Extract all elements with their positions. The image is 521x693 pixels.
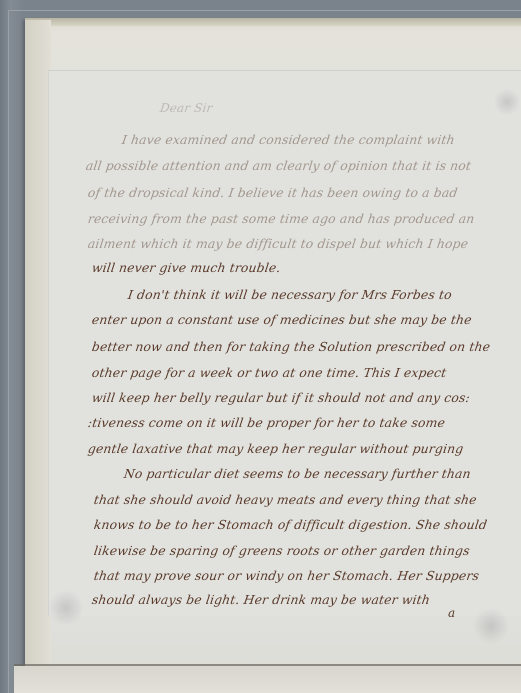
letter-salutation: Dear Sir <box>159 101 213 115</box>
letter-line: knows to be to her Stomach of difficult … <box>93 517 488 532</box>
letter-line: I have examined and considered the compl… <box>121 132 456 147</box>
letter-line: will never give much trouble. <box>91 260 282 275</box>
letter-line: better now and then for taking the Solut… <box>91 339 491 354</box>
stain-mark <box>494 88 520 116</box>
letter-line: of the dropsical kind. I believe it has … <box>87 185 459 200</box>
letter-line: I don't think it will be necessary for M… <box>127 287 453 302</box>
lower-fold-flap <box>14 666 521 693</box>
sheet-top-edge <box>25 18 521 26</box>
letter-line: likewise be sparing of greens roots or o… <box>93 543 471 558</box>
letter-line: gentle laxative that may keep her regula… <box>87 441 465 456</box>
stain-mark <box>472 608 510 644</box>
letter-line: ailment which it may be difficult to dis… <box>87 236 469 251</box>
letter-line: receiving from the past some time ago an… <box>87 211 476 226</box>
letter-line: :tiveness come on it will be proper for … <box>87 415 446 430</box>
letter-line: should always be light. Her drink may be… <box>91 592 431 607</box>
letter-line: will keep her belly regular but if it sh… <box>91 390 471 405</box>
letter-line: all possible attention and am clearly of… <box>85 158 472 173</box>
letter-line: other page for a week or two at one time… <box>91 365 448 380</box>
letter-line: No particular diet seems to be necessary… <box>123 466 472 481</box>
letter-line: that may prove sour or windy on her Stom… <box>93 568 480 583</box>
letter-line: enter upon a constant use of medicines b… <box>91 312 473 327</box>
catchword: a <box>448 606 455 620</box>
letter-line: that she should avoid heavy meats and ev… <box>93 492 478 507</box>
stain-mark <box>48 590 84 626</box>
